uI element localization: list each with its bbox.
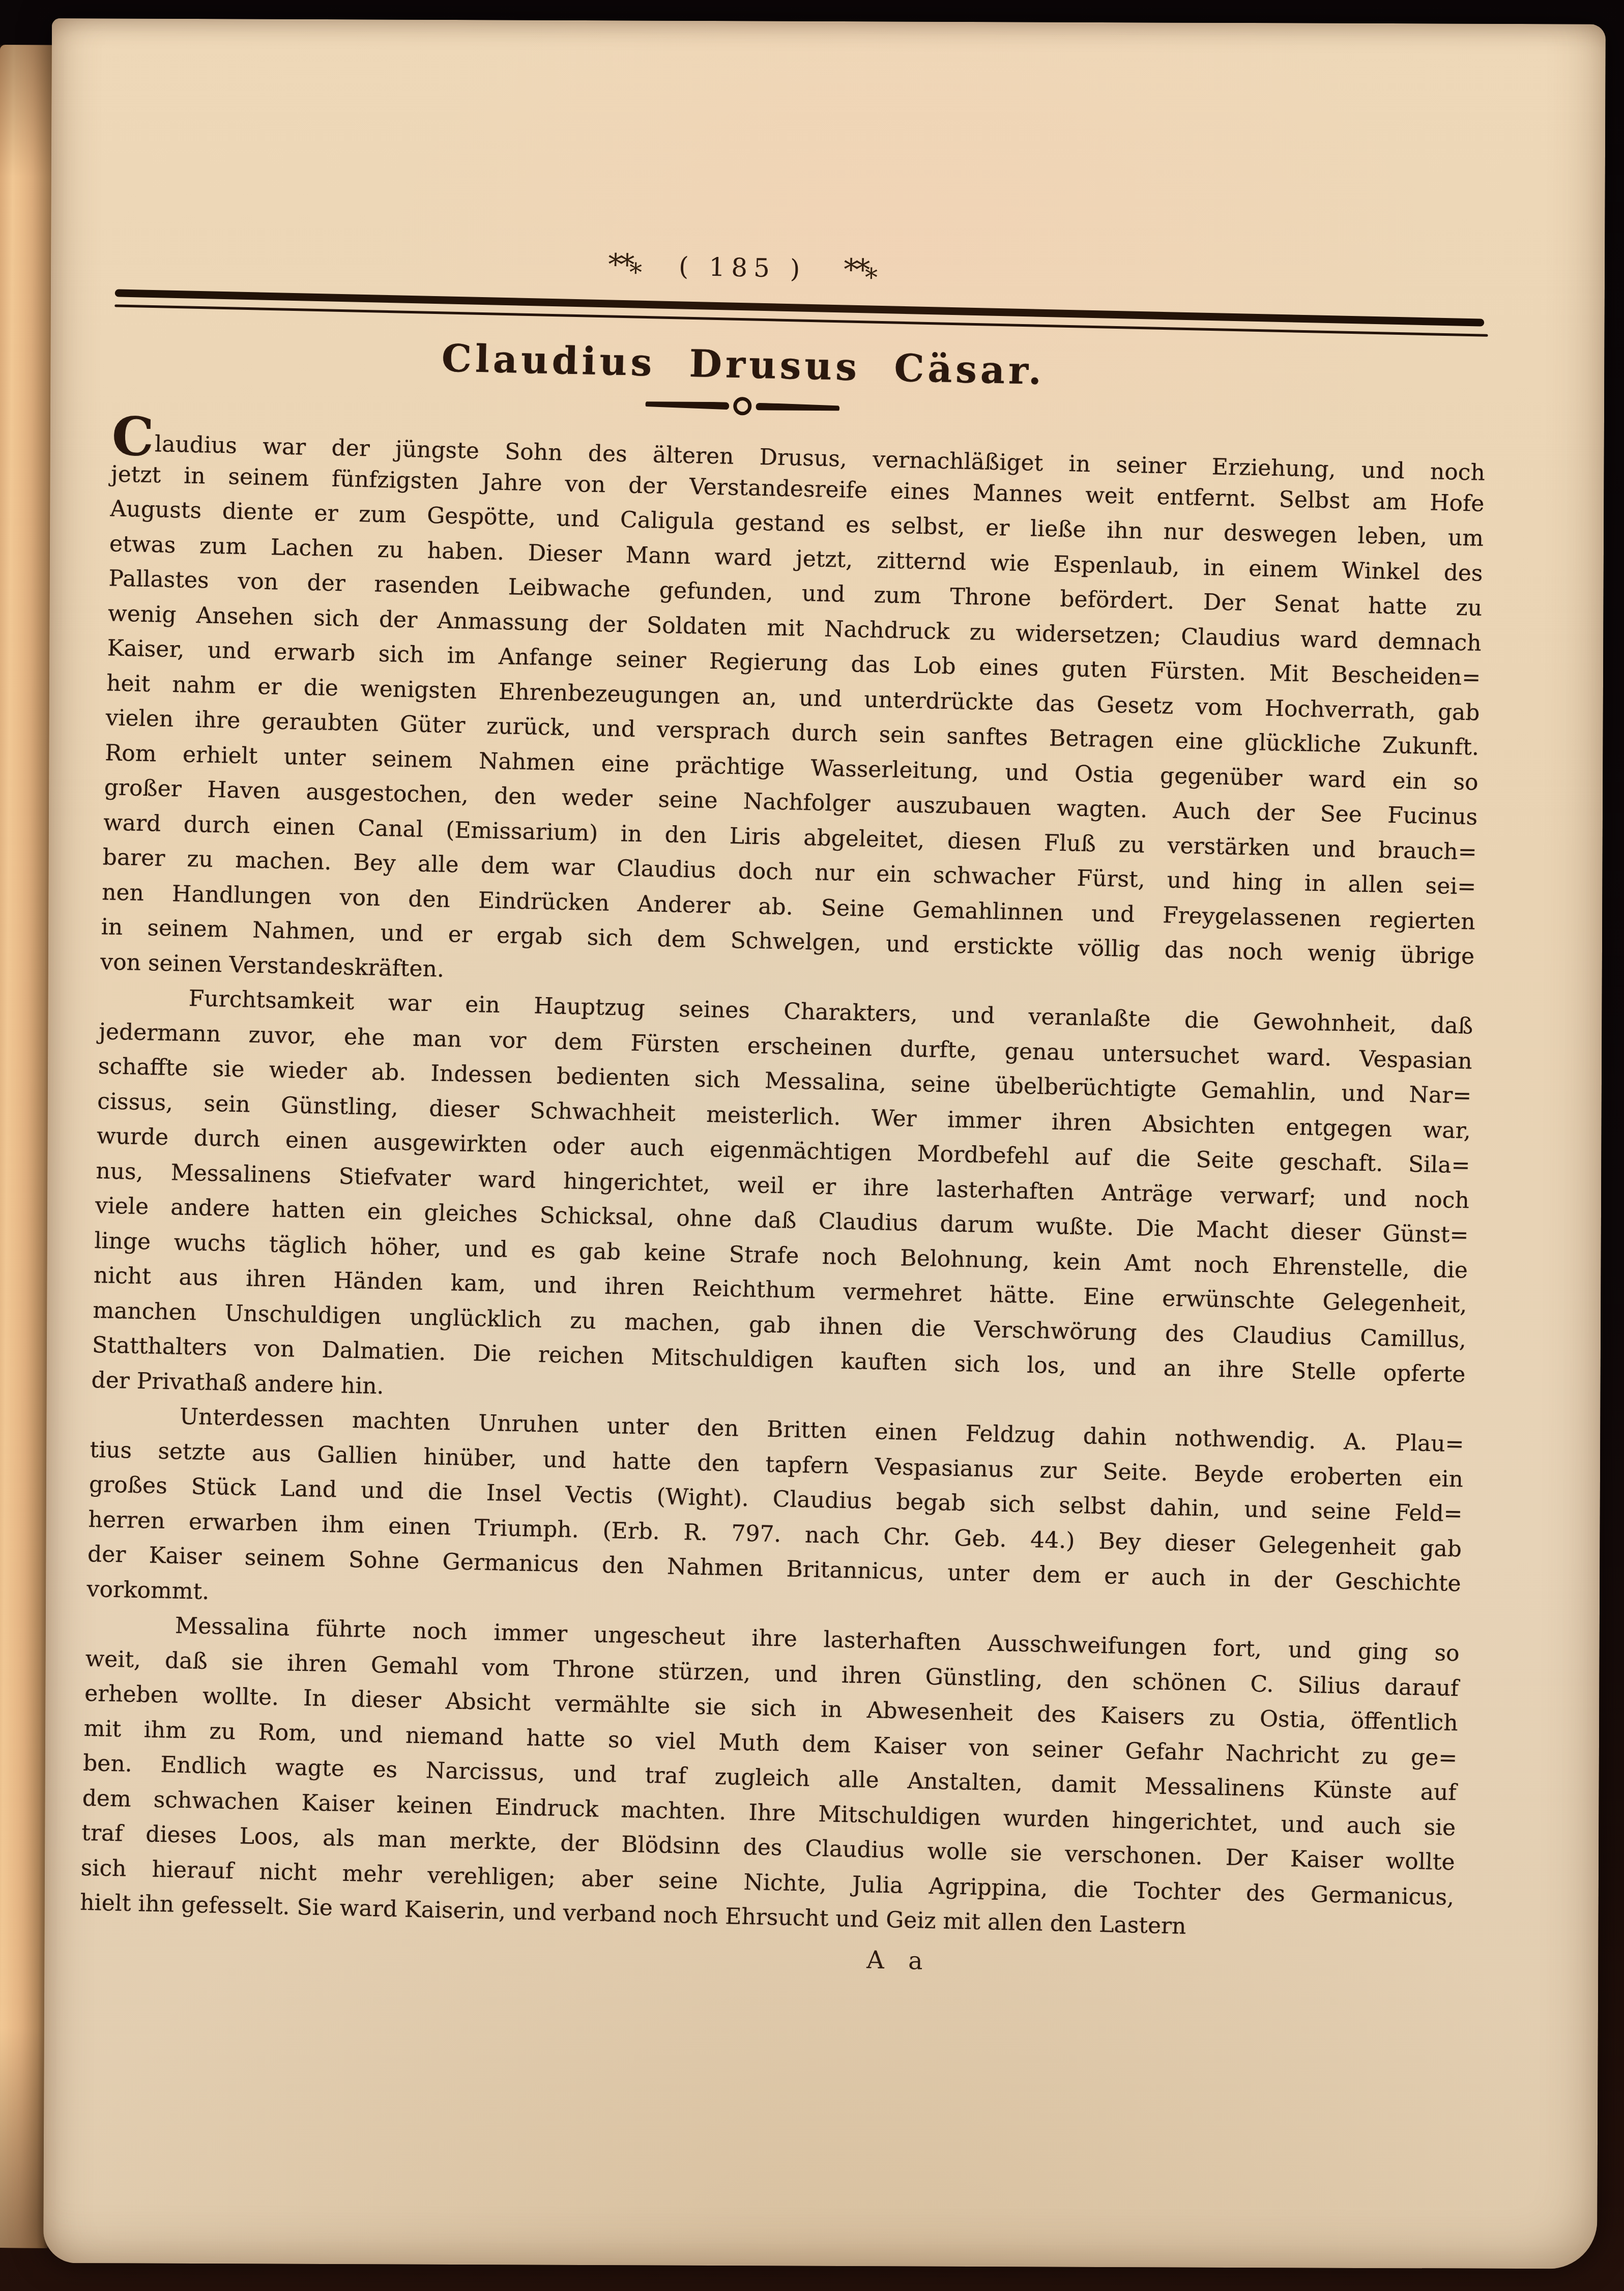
header-ornament-left: ***: [608, 254, 642, 276]
divider-swash-right: [756, 402, 839, 412]
title-divider-ornament: [620, 394, 865, 418]
divider-swash-left: [645, 400, 729, 410]
book-scan: *** ( 185 ) *** Claudius Drusus Cäsar. C…: [0, 0, 1624, 2291]
article-body: Claudius war der jüngste Sohn des ältere…: [80, 422, 1486, 1950]
book-page: *** ( 185 ) *** Claudius Drusus Cäsar. C…: [43, 18, 1606, 2269]
article-title: Claudius Drusus Cäsar.: [56, 328, 1430, 401]
drop-cap-initial: C: [111, 404, 155, 468]
divider-ring: [733, 397, 752, 416]
printed-content: *** ( 185 ) *** Claudius Drusus Cäsar. C…: [79, 232, 1490, 1986]
signature-mark: A a: [866, 1946, 1453, 1987]
header-ornament-right: ***: [844, 259, 877, 281]
page-number: ( 185 ): [678, 251, 806, 283]
